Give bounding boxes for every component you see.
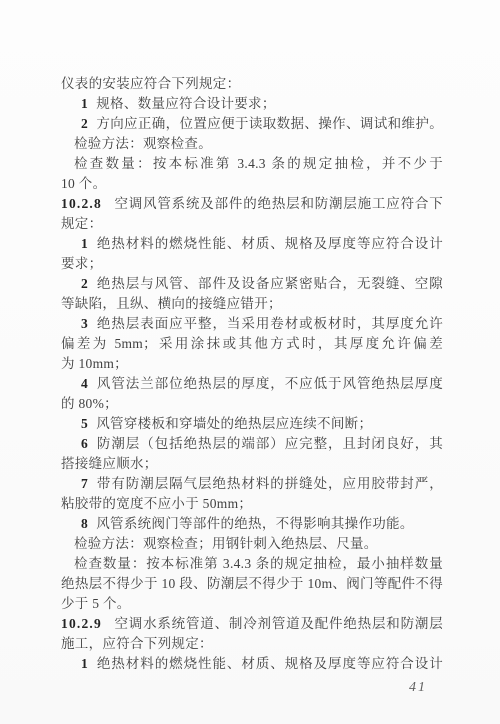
page-text: 仪表的安装应符合下列规定： 1规格、数量应符合设计要求； 2方向应正确，位置应便… xyxy=(61,74,443,674)
clause-number: 1 xyxy=(81,96,88,111)
line-text: 绝热层与风管、部件及设备应紧密贴合，无裂缝、空隙 xyxy=(96,276,443,291)
text-line: 绝热层不得少于 10 段、防潮层不得少于 10m、阀门等配件不得 xyxy=(61,574,443,594)
line-text: 绝热层表面应平整，当采用卷材或板材时，其厚度允许 xyxy=(96,316,443,331)
text-line: 1绝热材料的燃烧性能、材质、规格及厚度等应符合设计 xyxy=(61,234,443,254)
text-line: 偏差为 5mm；采用涂抹或其他方式时，其厚度允许偏差 xyxy=(61,334,443,354)
text-line: 10.2.8空调风管系统及部件的绝热层和防潮层施工应符合下列 xyxy=(61,194,443,214)
line-text: 风管穿楼板和穿墙处的绝热层应连续不间断； xyxy=(96,416,372,431)
text-line: 为 10mm； xyxy=(61,354,443,374)
clause-number: 4 xyxy=(81,376,88,391)
text-line: 检验方法：观察检查。 xyxy=(61,134,443,154)
scanned-document-page: 仪表的安装应符合下列规定： 1规格、数量应符合设计要求； 2方向应正确，位置应便… xyxy=(0,0,500,724)
line-text: 施工，应符合下列规定： xyxy=(61,636,213,651)
text-line: 6防潮层（包括绝热层的端部）应完整，且封闭良好，其 xyxy=(61,434,443,454)
text-line: 4风管法兰部位绝热层的厚度，不应低于风管绝热层厚度 xyxy=(61,374,443,394)
text-line: 检查数量：按本标准第 3.4.3 条的规定抽检，并不少于 xyxy=(61,154,443,174)
clause-number: 2 xyxy=(81,276,88,291)
line-text: 风管法兰部位绝热层的厚度，不应低于风管绝热层厚度 xyxy=(96,376,443,391)
text-line: 少于 5 个。 xyxy=(61,594,443,614)
clause-number: 7 xyxy=(81,476,88,491)
clause-number: 6 xyxy=(81,436,88,451)
line-text: 绝热层不得少于 10 段、防潮层不得少于 10m、阀门等配件不得 xyxy=(61,576,443,591)
text-line: 2方向应正确，位置应便于读取数据、操作、调试和维护。 xyxy=(61,114,443,134)
text-line: 1规格、数量应符合设计要求； xyxy=(61,94,443,114)
line-text: 的 80%； xyxy=(61,396,118,411)
clause-number: 3 xyxy=(81,316,88,331)
line-text: 为 10mm； xyxy=(61,356,128,371)
text-line: 要求； xyxy=(61,254,443,274)
line-text: 防潮层（包括绝热层的端部）应完整，且封闭良好，其 xyxy=(96,436,443,451)
clause-number: 2 xyxy=(81,116,88,131)
text-line: 10 个。 xyxy=(61,174,443,194)
text-line: 7带有防潮层隔气层绝热材料的拼缝处，应用胶带封严， xyxy=(61,474,443,494)
clause-number: 8 xyxy=(81,516,88,531)
text-line: 的 80%； xyxy=(61,394,443,414)
text-line: 1绝热材料的燃烧性能、材质、规格及厚度等应符合设计 xyxy=(61,654,443,674)
clause-number: 1 xyxy=(81,656,88,671)
line-text: 粘胶带的宽度不应小于 50mm； xyxy=(61,496,252,511)
text-line: 施工，应符合下列规定： xyxy=(61,634,443,654)
text-line: 3绝热层表面应平整，当采用卷材或板材时，其厚度允许 xyxy=(61,314,443,334)
line-text: 偏差为 5mm；采用涂抹或其他方式时，其厚度允许偏差 xyxy=(61,336,443,351)
text-line: 粘胶带的宽度不应小于 50mm； xyxy=(61,494,443,514)
text-line: 检查数量：按本标准第 3.4.3 条的规定抽检，最小抽样数量 xyxy=(61,554,443,574)
line-text: 检查数量：按本标准第 3.4.3 条的规定抽检，并不少于 xyxy=(74,156,443,171)
line-text: 规定： xyxy=(61,216,102,231)
line-text: 少于 5 个。 xyxy=(61,596,131,611)
line-text: 绝热材料的燃烧性能、材质、规格及厚度等应符合设计 xyxy=(96,236,443,251)
text-line: 2绝热层与风管、部件及设备应紧密贴合，无裂缝、空隙 xyxy=(61,274,443,294)
line-text: 10 个。 xyxy=(61,176,106,191)
line-text: 带有防潮层隔气层绝热材料的拼缝处，应用胶带封严， xyxy=(96,476,443,491)
line-text: 仪表的安装应符合下列规定： xyxy=(61,76,240,91)
text-line: 搭接缝应顺水； xyxy=(61,454,443,474)
line-text: 要求； xyxy=(61,256,102,271)
line-text: 检查数量：按本标准第 3.4.3 条的规定抽检，最小抽样数量 xyxy=(74,556,443,571)
clause-number: 5 xyxy=(81,416,88,431)
text-line: 等缺陷，且纵、横向的接缝应错开； xyxy=(61,294,443,314)
line-text: 绝热材料的燃烧性能、材质、规格及厚度等应符合设计 xyxy=(96,656,443,671)
line-text: 空调风管系统及部件的绝热层和防潮层施工应符合下列 xyxy=(61,196,443,214)
line-text: 检验方法：观察检查。 xyxy=(74,136,212,151)
text-line: 规定： xyxy=(61,214,443,234)
line-text: 检验方法：观察检查；用钢针刺入绝热层、尺量。 xyxy=(74,536,378,551)
line-text: 空调水系统管道、制冷剂管道及配件绝热层和防潮层的 xyxy=(61,616,443,634)
clause-number: 10.2.9 xyxy=(61,616,102,631)
clause-number: 10.2.8 xyxy=(61,196,102,211)
line-text: 方向应正确，位置应便于读取数据、操作、调试和维护。 xyxy=(96,116,443,131)
text-line: 检验方法：观察检查；用钢针刺入绝热层、尺量。 xyxy=(61,534,443,554)
text-line: 仪表的安装应符合下列规定： xyxy=(61,74,443,94)
text-line: 5风管穿楼板和穿墙处的绝热层应连续不间断； xyxy=(61,414,443,434)
text-line: 10.2.9空调水系统管道、制冷剂管道及配件绝热层和防潮层的 xyxy=(61,614,443,634)
line-text: 等缺陷，且纵、横向的接缝应错开； xyxy=(61,296,282,311)
line-text: 搭接缝应顺水； xyxy=(61,456,158,471)
clause-number: 1 xyxy=(81,236,88,251)
line-text: 规格、数量应符合设计要求； xyxy=(96,96,275,111)
page-number: 41 xyxy=(409,681,427,695)
text-line: 8风管系统阀门等部件的绝热，不得影响其操作功能。 xyxy=(61,514,443,534)
line-text: 风管系统阀门等部件的绝热，不得影响其操作功能。 xyxy=(96,516,413,531)
